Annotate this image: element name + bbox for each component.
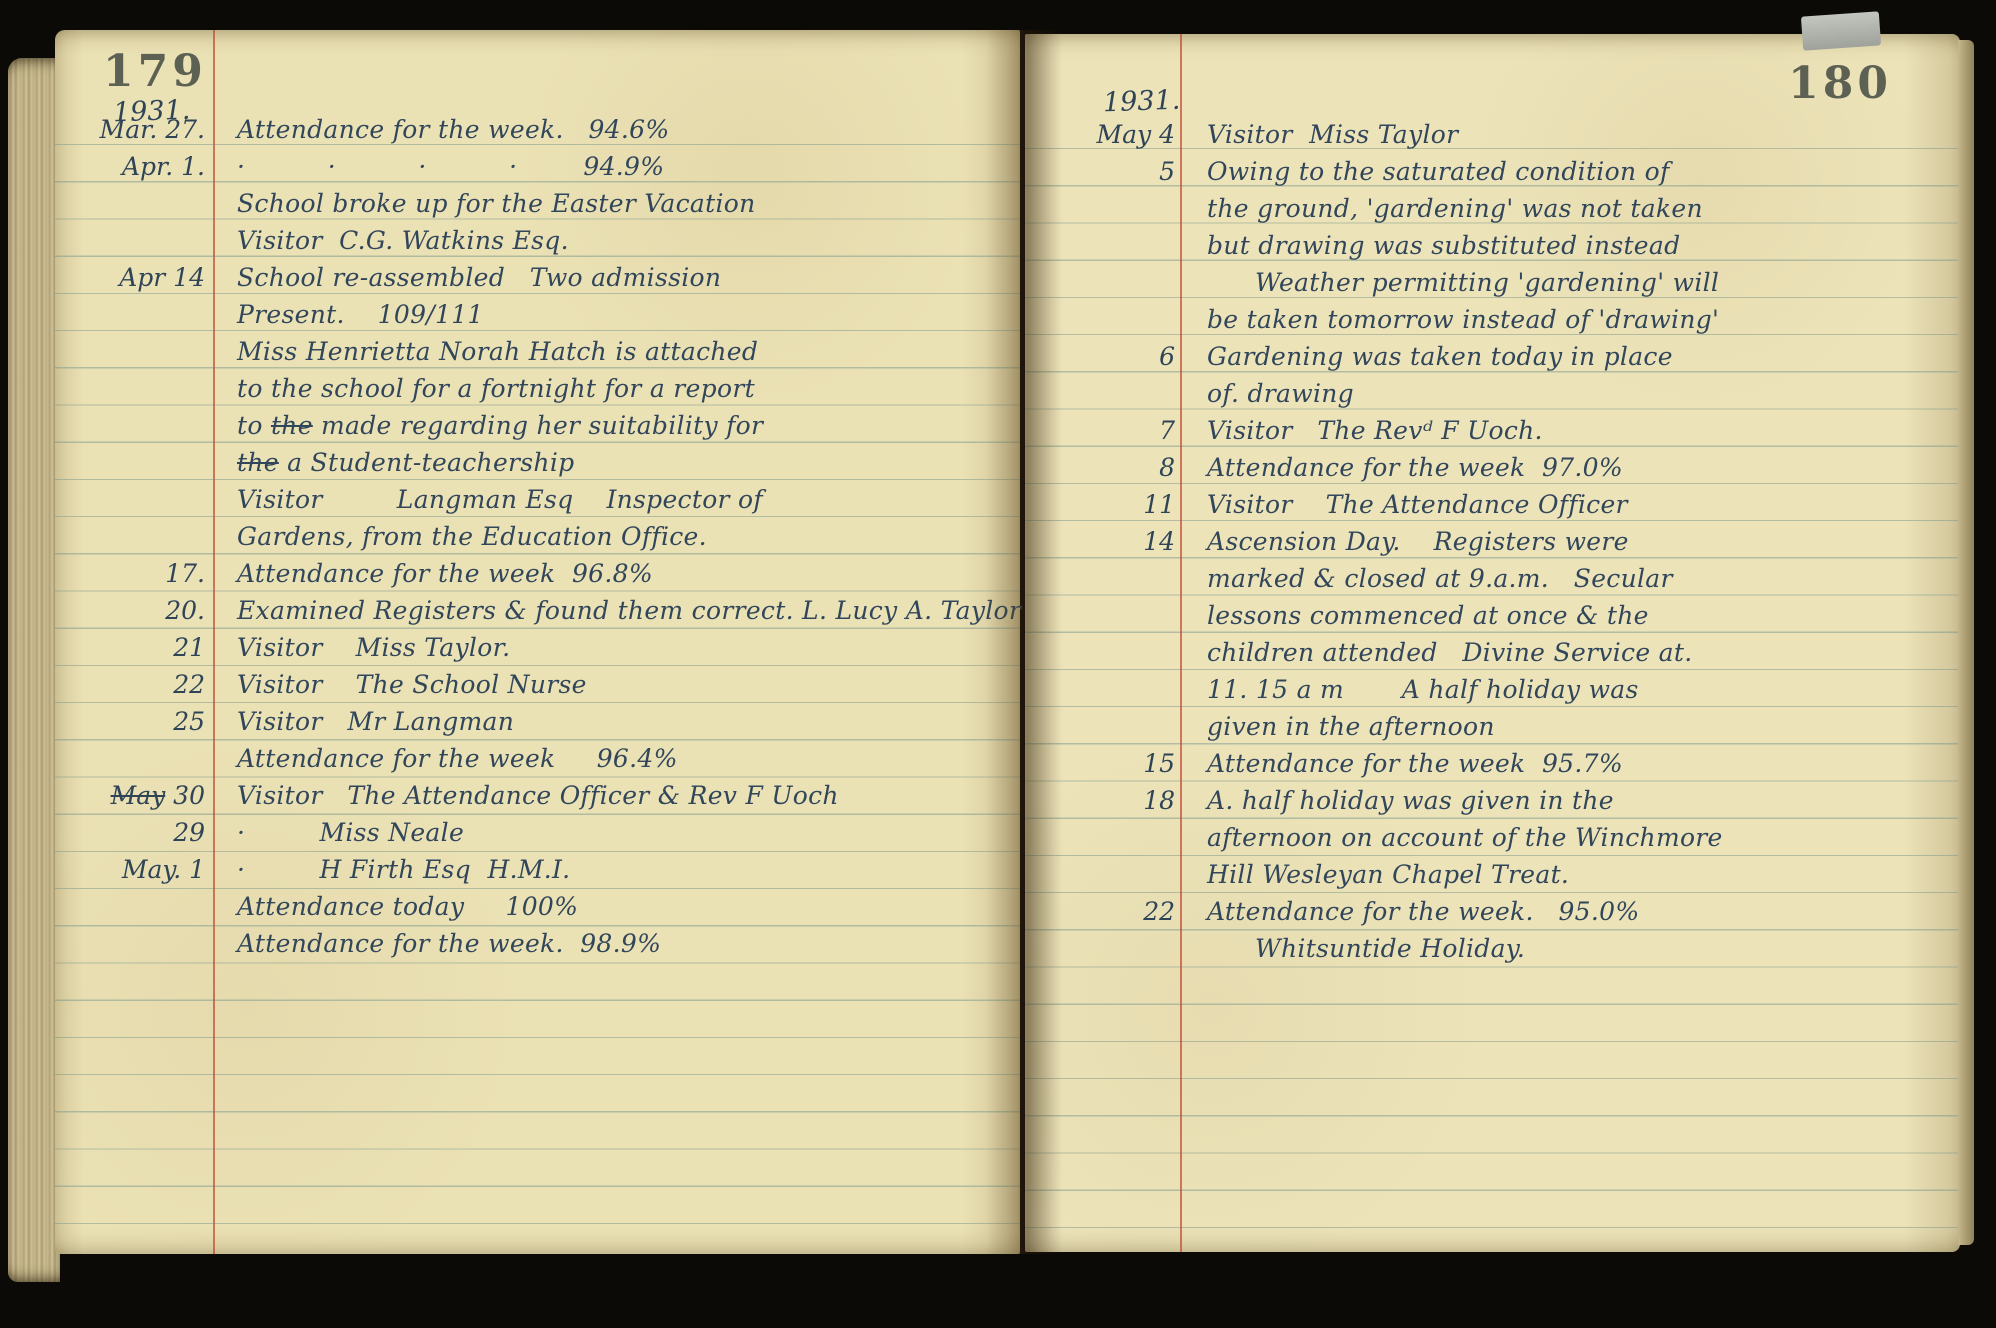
entry-text: Visitor Miss Taylor.: [237, 633, 1014, 663]
log-entry-row: be taken tomorrow instead of 'drawing': [1025, 298, 1954, 335]
entry-date: 20.: [55, 596, 215, 626]
log-entry-row: 29· Miss Neale: [55, 811, 1014, 848]
log-entry-row: 15Attendance for the week 95.7%: [1025, 742, 1954, 779]
log-entry-row: 25Visitor Mr Langman: [55, 700, 1014, 737]
entry-date: Apr 14: [55, 263, 215, 293]
log-entry-row: Whitsuntide Holiday.: [1025, 927, 1954, 964]
loose-paper-sliver: [1801, 11, 1881, 50]
log-entry-row: of. drawing: [1025, 372, 1954, 409]
entry-date: 22: [55, 670, 215, 700]
entry-text: Whitsuntide Holiday.: [1207, 934, 1954, 964]
entry-text: Attendance for the week. 98.9%: [237, 929, 1014, 959]
log-entry-row: 22Visitor The School Nurse: [55, 663, 1014, 700]
log-entry-row: School broke up for the Easter Vacation: [55, 182, 1014, 219]
log-entry-row: children attended Divine Service at.: [1025, 631, 1954, 668]
entry-text: be taken tomorrow instead of 'drawing': [1207, 305, 1954, 335]
entry-text: Attendance for the week 95.7%: [1207, 749, 1954, 779]
entry-date: 22: [1025, 897, 1185, 927]
log-entry-row: 11Visitor The Attendance Officer: [1025, 483, 1954, 520]
entry-text: of. drawing: [1207, 379, 1954, 409]
log-entry-row: May 30Visitor The Attendance Officer & R…: [55, 774, 1014, 811]
entry-text: to the school for a fortnight for a repo…: [237, 374, 1014, 404]
log-entry-row: Visitor Langman Esq Inspector of: [55, 478, 1014, 515]
log-entries: May 4Visitor Miss Taylor5Owing to the sa…: [1025, 113, 1954, 964]
entry-text: Visitor The Revᵈ F Uoch.: [1207, 416, 1954, 446]
entry-date: 17.: [55, 559, 215, 589]
entry-text: · H Firth Esq H.M.I.: [237, 855, 1014, 885]
log-entry-row: Apr 14School re-assembled Two admission: [55, 256, 1014, 293]
log-entry-row: Attendance for the week. 98.9%: [55, 922, 1014, 959]
page-stack-edge: [8, 58, 60, 1282]
entry-text: Gardens, from the Education Office.: [237, 522, 1014, 552]
entry-text: · · · · 94.9%: [237, 152, 1014, 182]
entry-text: Present. 109/111: [237, 300, 1014, 330]
right-page-edge: [1958, 40, 1974, 1245]
entry-text: Attendance today 100%: [237, 892, 1014, 922]
entry-text: Visitor C.G. Watkins Esq.: [237, 226, 1014, 256]
log-entry-row: May. 1· H Firth Esq H.M.I.: [55, 848, 1014, 885]
log-entry-row: to the school for a fortnight for a repo…: [55, 367, 1014, 404]
log-entry-row: Visitor C.G. Watkins Esq.: [55, 219, 1014, 256]
log-entry-row: Apr. 1.· · · · 94.9%: [55, 145, 1014, 182]
log-entry-row: 21Visitor Miss Taylor.: [55, 626, 1014, 663]
entry-text: lessons commenced at once & the: [1207, 601, 1954, 631]
log-entry-row: Mar. 27.Attendance for the week. 94.6%: [55, 108, 1014, 145]
left-page: 179 1931. Mar. 27.Attendance for the wee…: [55, 30, 1020, 1254]
entry-text: Visitor Mr Langman: [237, 707, 1014, 737]
entry-text: Attendance for the week 96.4%: [237, 744, 1014, 774]
entry-text: · Miss Neale: [237, 818, 1014, 848]
entry-text: Miss Henrietta Norah Hatch is attached: [237, 337, 1014, 367]
entry-text: 11. 15 a m A half holiday was: [1207, 675, 1954, 705]
entry-date: 11: [1025, 490, 1185, 520]
entry-date: Apr. 1.: [55, 152, 215, 182]
entry-date: May 4: [1025, 120, 1185, 150]
entry-date: 5: [1025, 157, 1185, 187]
entry-text: Examined Registers & found them correct.…: [237, 596, 1021, 626]
log-entry-row: Attendance for the week 96.4%: [55, 737, 1014, 774]
entry-date: 15: [1025, 749, 1185, 779]
entry-text: afternoon on account of the Winchmore: [1207, 823, 1954, 853]
entry-text: Visitor Langman Esq Inspector of: [237, 485, 1014, 515]
log-entry-row: 8Attendance for the week 97.0%: [1025, 446, 1954, 483]
log-entry-row: 14Ascension Day. Registers were: [1025, 520, 1954, 557]
log-entry-row: given in the afternoon: [1025, 705, 1954, 742]
entry-text: Visitor The Attendance Officer: [1207, 490, 1954, 520]
entry-date: 14: [1025, 527, 1185, 557]
log-entry-row: but drawing was substituted instead: [1025, 224, 1954, 261]
log-entry-row: 22Attendance for the week. 95.0%: [1025, 890, 1954, 927]
log-entries: Mar. 27.Attendance for the week. 94.6%Ap…: [55, 108, 1014, 959]
entry-text: Attendance for the week 96.8%: [237, 559, 1014, 589]
log-entry-row: Hill Wesleyan Chapel Treat.: [1025, 853, 1954, 890]
log-entry-row: 7Visitor The Revᵈ F Uoch.: [1025, 409, 1954, 446]
entry-text: Weather permitting 'gardening' will: [1207, 268, 1954, 298]
entry-date: 21: [55, 633, 215, 663]
log-entry-row: Present. 109/111: [55, 293, 1014, 330]
entry-text: Hill Wesleyan Chapel Treat.: [1207, 860, 1954, 890]
entry-date: 18: [1025, 786, 1185, 816]
log-entry-row: 20.Examined Registers & found them corre…: [55, 589, 1014, 626]
log-entry-row: May 4Visitor Miss Taylor: [1025, 113, 1954, 150]
log-entry-row: the ground, 'gardening' was not taken: [1025, 187, 1954, 224]
entry-text: Visitor Miss Taylor: [1207, 120, 1954, 150]
entry-text: School re-assembled Two admission: [237, 263, 1014, 293]
page-number-stamp: 180: [1788, 58, 1892, 109]
entry-date: 6: [1025, 342, 1185, 372]
entry-text: but drawing was substituted instead: [1207, 231, 1954, 261]
log-entry-row: 6Gardening was taken today in place: [1025, 335, 1954, 372]
log-entry-row: 17.Attendance for the week 96.8%: [55, 552, 1014, 589]
entry-text: Visitor The Attendance Officer & Rev F U…: [237, 781, 1014, 811]
entry-text: Visitor The School Nurse: [237, 670, 1014, 700]
log-entry-row: lessons commenced at once & the: [1025, 594, 1954, 631]
entry-text: to the made regarding her suitability fo…: [237, 411, 1014, 441]
entry-text: the a Student-teachership: [237, 448, 1014, 478]
entry-text: the ground, 'gardening' was not taken: [1207, 194, 1954, 224]
entry-text: Attendance for the week 97.0%: [1207, 453, 1954, 483]
entry-text: A. half holiday was given in the: [1207, 786, 1954, 816]
log-entry-row: Gardens, from the Education Office.: [55, 515, 1014, 552]
page-number-stamp: 179: [103, 46, 207, 97]
entry-date: 7: [1025, 416, 1185, 446]
log-entry-row: Attendance today 100%: [55, 885, 1014, 922]
log-entry-row: afternoon on account of the Winchmore: [1025, 816, 1954, 853]
entry-text: School broke up for the Easter Vacation: [237, 189, 1014, 219]
entry-text: Owing to the saturated condition of: [1207, 157, 1954, 187]
entry-date: May. 1: [55, 855, 215, 885]
entry-text: Ascension Day. Registers were: [1207, 527, 1954, 557]
log-entry-row: Miss Henrietta Norah Hatch is attached: [55, 330, 1014, 367]
log-entry-row: 11. 15 a m A half holiday was: [1025, 668, 1954, 705]
log-entry-row: 18A. half holiday was given in the: [1025, 779, 1954, 816]
log-entry-row: the a Student-teachership: [55, 441, 1014, 478]
entry-text: children attended Divine Service at.: [1207, 638, 1954, 668]
entry-date: 29: [55, 818, 215, 848]
entry-text: given in the afternoon: [1207, 712, 1954, 742]
entry-date: Mar. 27.: [55, 115, 215, 145]
entry-text: Attendance for the week. 94.6%: [237, 115, 1014, 145]
entry-text: Gardening was taken today in place: [1207, 342, 1954, 372]
log-entry-row: to the made regarding her suitability fo…: [55, 404, 1014, 441]
entry-date: 8: [1025, 453, 1185, 483]
entry-text: marked & closed at 9.a.m. Secular: [1207, 564, 1954, 594]
log-entry-row: 5Owing to the saturated condition of: [1025, 150, 1954, 187]
entry-date: 25: [55, 707, 215, 737]
entry-text: Attendance for the week. 95.0%: [1207, 897, 1954, 927]
log-entry-row: Weather permitting 'gardening' will: [1025, 261, 1954, 298]
log-entry-row: marked & closed at 9.a.m. Secular: [1025, 557, 1954, 594]
right-page: 180 1931. May 4Visitor Miss Taylor5Owing…: [1025, 34, 1960, 1252]
entry-date: May 30: [55, 781, 215, 811]
